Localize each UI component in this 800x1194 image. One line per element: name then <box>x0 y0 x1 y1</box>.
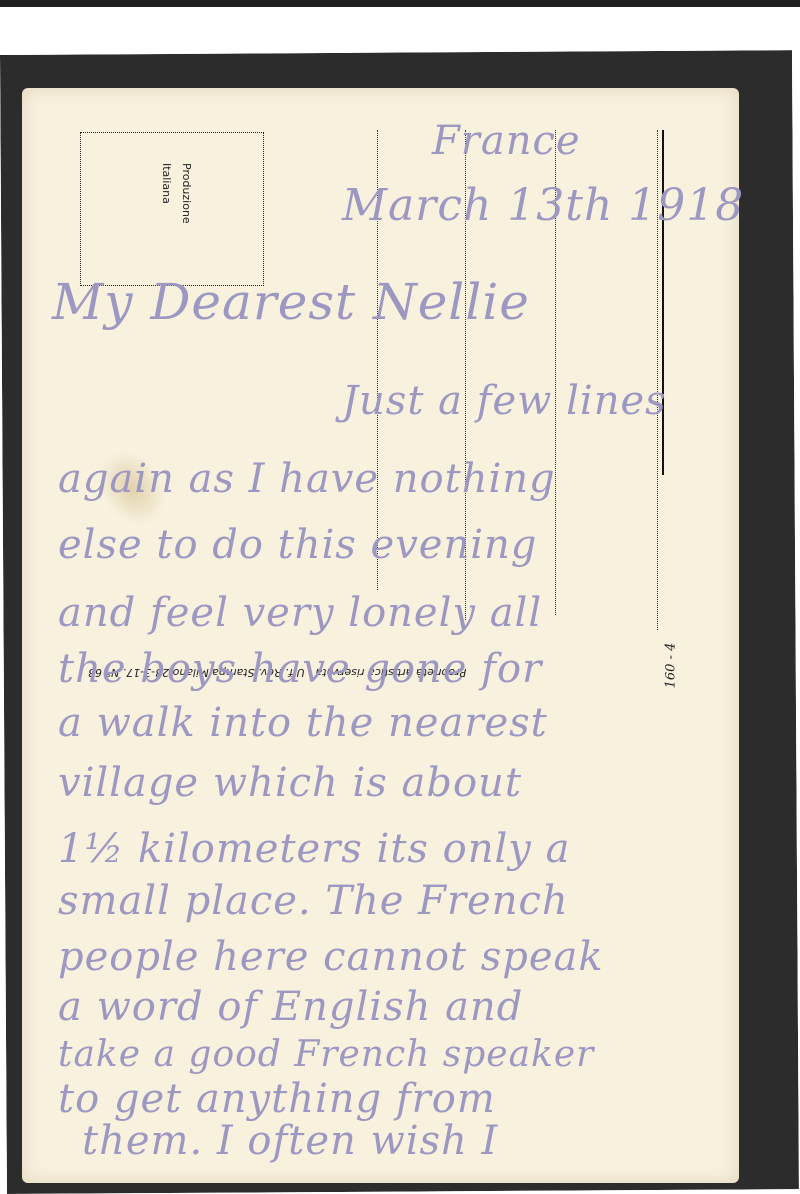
handwritten-line: them. I often wish I <box>82 1118 498 1164</box>
handwritten-line: small place. The French <box>58 878 569 924</box>
handwritten-line: village which is about <box>58 760 522 806</box>
handwritten-line: else to do this evening <box>58 522 537 568</box>
stamp-line-2: Italiana <box>160 163 173 204</box>
handwritten-line: a word of English and <box>58 984 523 1030</box>
handwritten-date: March 13th 1918 <box>342 180 744 231</box>
handwritten-line: 1½ kilometers its only a <box>58 826 570 872</box>
handwritten-line: and feel very lonely all <box>58 590 542 636</box>
handwritten-line: a walk into the nearest <box>58 700 548 746</box>
scan-top-edge <box>0 0 800 7</box>
handwritten-place: France <box>432 118 581 164</box>
handwritten-line: Just a few lines <box>342 378 667 424</box>
handwritten-line: to get anything from <box>58 1076 496 1122</box>
stamp-line-1: Produzione <box>180 163 193 224</box>
handwritten-line: take a good French speaker <box>58 1034 594 1075</box>
handwritten-line: again as I have nothing <box>58 456 556 502</box>
stamp-box-text: Produzione Italiana <box>156 163 196 224</box>
postcard-back: Produzione Italiana Proprietà artistica … <box>22 88 739 1183</box>
handwritten-line: people here cannot speak <box>58 934 604 980</box>
printed-code: 160 - 4 <box>663 643 678 689</box>
handwritten-salutation: My Dearest Nellie <box>52 273 530 331</box>
handwritten-line: the boys have gone for <box>58 646 542 692</box>
